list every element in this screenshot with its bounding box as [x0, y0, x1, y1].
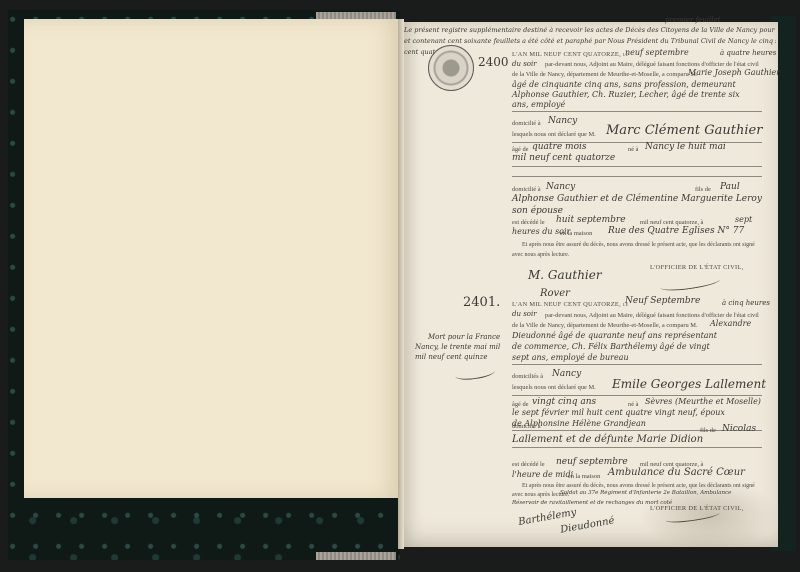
record-hour2: du soir: [512, 310, 537, 318]
record-officer-label: L'OFFICIER DE L'ÉTAT CIVIL,: [650, 264, 744, 271]
record-comparant-detail3: ans, employé: [512, 100, 565, 109]
record-domicile2-label: domicilié à: [512, 186, 541, 193]
margin-note-line2: Nancy, le trente mai mil: [415, 343, 500, 351]
record-print2: de la Ville de Nancy, département de Meu…: [512, 322, 698, 329]
record-hour: à cinq heures: [722, 299, 770, 307]
page-stain: [640, 480, 780, 550]
record-opening: L'AN MIL NEUF CENT QUATORZE, le: [512, 51, 628, 58]
margin-note-line3: mil neuf cent quinze: [415, 353, 488, 361]
record-declarant-label: lesquels nous ont déclaré que M.: [512, 384, 596, 391]
record-age: quatre mois: [532, 142, 586, 152]
record-age-label: âgé de: [512, 401, 529, 408]
record-death-hour2: l'heure de midi: [512, 470, 573, 479]
record-house-label: en la maison: [560, 230, 592, 237]
record-domicile: Nancy: [548, 116, 577, 126]
record-comparant-detail1: Dieudonné âgé de quarante neuf ans repré…: [512, 331, 717, 340]
record-number: 2401.: [463, 295, 500, 310]
record-age-label: âgé de: [512, 146, 529, 153]
record-print1: par-devant nous, Adjoint au Maire, délég…: [545, 61, 759, 68]
record-comparant-detail2: de commerce, Ch. Félix Barthélemy âgé de…: [512, 342, 710, 351]
record-parents1: Nicolas: [722, 424, 756, 434]
seal-stamp-icon: [428, 45, 474, 91]
record-parents1: Paul: [720, 182, 740, 192]
record-death-date: neuf septembre: [556, 457, 628, 467]
record-hour2: du soir: [512, 60, 537, 68]
record-domicile2: Nancy: [546, 182, 575, 192]
record-print2: de la Ville de Nancy, département de Meu…: [512, 71, 698, 78]
record-comparant: Marie Joseph Gauthier: [688, 68, 780, 77]
header-note-line2: et contenant cent soixante feuillets a é…: [404, 37, 776, 45]
record-signature-2: Rover: [540, 288, 570, 299]
record-domicile2-label: domicilié à: [512, 423, 541, 430]
record-death-label: est décédé le: [512, 219, 545, 226]
record-print1: par-devant nous, Adjoint au Maire, délég…: [545, 312, 759, 319]
binding-cloth-bottom: [316, 552, 396, 560]
record-parents-label: fils de: [695, 186, 711, 193]
record-born-label: né à: [628, 401, 638, 408]
margin-note-line1: Mort pour la France: [428, 333, 500, 341]
record-comparant-detail1: âgé de cinquante cinq ans, sans professi…: [512, 80, 736, 89]
record-comparant-detail2: Alphonse Gauthier, Ch. Ruzier, Lecher, â…: [512, 90, 740, 99]
record-parents2: Lallement et de défunte Marie Didion: [512, 434, 703, 445]
record-opening: L'AN MIL NEUF CENT QUATORZE, le: [512, 301, 628, 308]
record-house: Ambulance du Sacré Cœur: [608, 467, 745, 478]
record-domicile-label: domiciliés à: [512, 373, 543, 380]
header-annotation: premier feuillet: [665, 16, 720, 24]
record-death-label: est décédé le: [512, 461, 545, 468]
record-comparant-detail3: sept ans, employé de bureau: [512, 353, 629, 362]
record-hour: à quatre heures: [720, 49, 776, 57]
record-born2: le sept février mil huit cent quatre vin…: [512, 408, 725, 417]
record-death-hour: sept: [735, 215, 752, 224]
record-born-label: né à: [628, 146, 638, 153]
record-house-label: en la maison: [568, 473, 600, 480]
record-number: 2400: [478, 55, 509, 69]
record-age: vingt cinq ans: [532, 397, 596, 407]
record-comparant: Alexandre: [710, 319, 751, 328]
record-house: Rue des Quatre Eglises N° 77: [608, 226, 744, 236]
record-death-date: huit septembre: [556, 215, 626, 225]
record-date: neuf septembre: [625, 48, 689, 57]
record-born: Sèvres (Meurthe et Moselle): [645, 397, 761, 406]
record-parents2: Alphonse Gauthier et de Clémentine Margu…: [512, 194, 762, 204]
record-declarant-label: lesquels nous ont déclaré que M.: [512, 131, 596, 138]
header-note-line1: Le présent registre supplémentaire desti…: [404, 26, 776, 34]
record-born: Nancy le huit mai: [645, 142, 726, 152]
record-date: Neuf Septembre: [625, 296, 700, 306]
record-deceased-name: Emile Georges Lallement: [612, 377, 766, 391]
record-death-year: mil neuf cent quatorze, à: [640, 219, 703, 226]
record-domicile-label: domicilié à: [512, 120, 541, 127]
record-born2: mil neuf cent quatorze: [512, 153, 615, 163]
record-parents-label: fils de: [700, 427, 716, 434]
blank-left-page: [24, 19, 400, 498]
page-gutter: [398, 19, 404, 549]
record-closing1: Et après nous être assuré du décès, nous…: [522, 242, 755, 248]
record-domicile: Nancy: [552, 369, 581, 379]
record-deceased-name: Marc Clément Gauthier: [606, 123, 762, 138]
record-signature-1: M. Gauthier: [528, 268, 602, 282]
record-closing2: avec nous après lecture.: [512, 252, 569, 258]
